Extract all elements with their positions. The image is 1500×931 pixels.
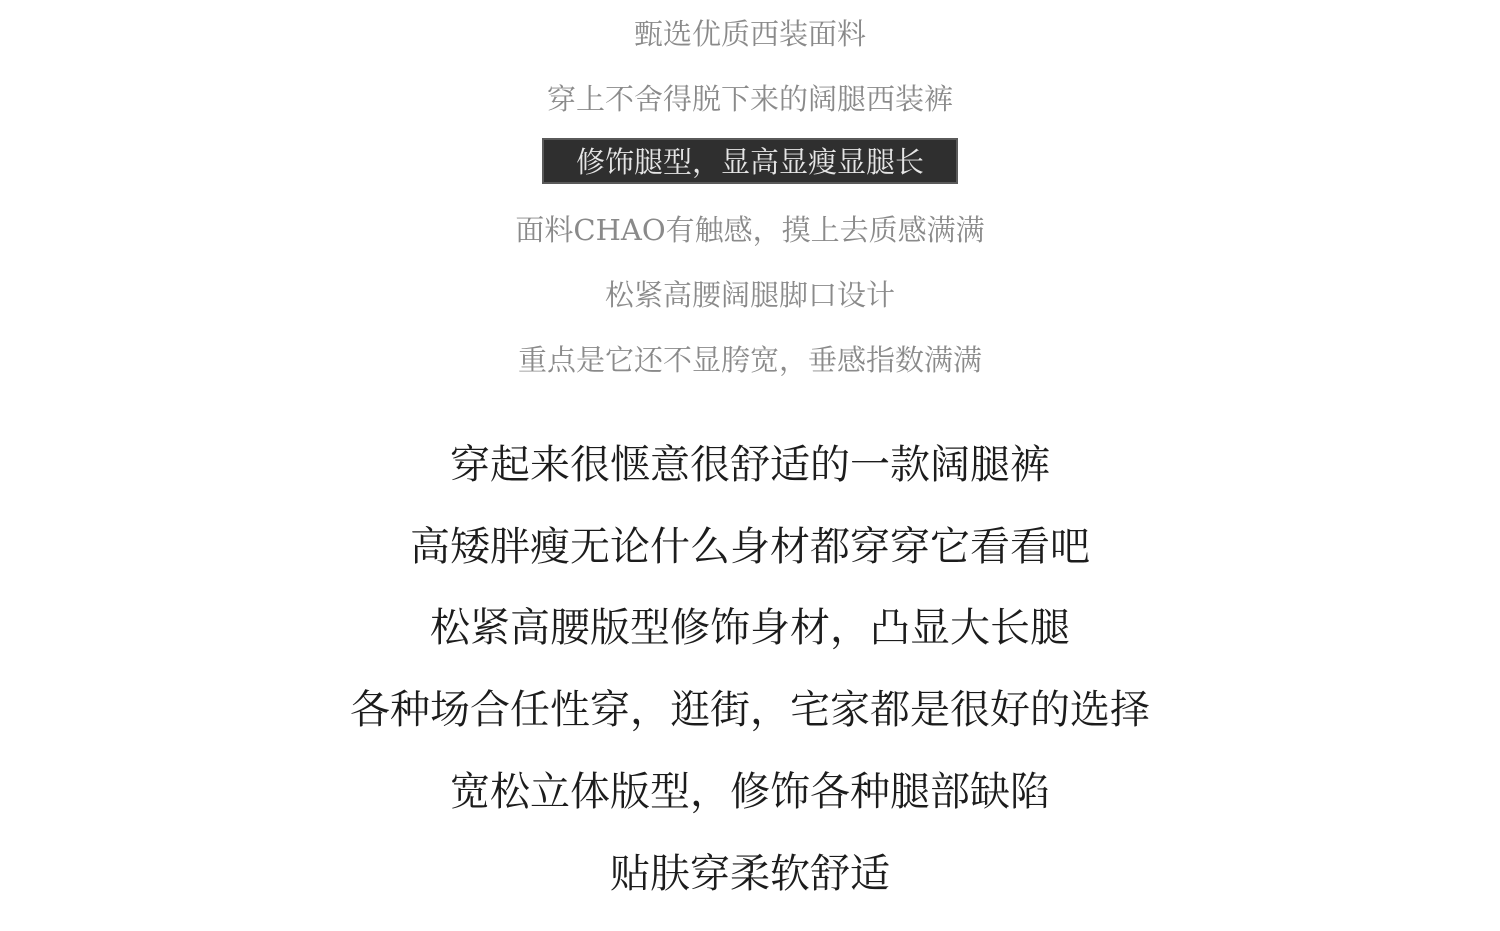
header-line-waist-design: 松紧高腰阔腿脚口设计 — [0, 275, 1500, 315]
highlight-text: 修饰腿型，显高显瘦显腿长 — [542, 138, 958, 184]
header-line-fabric: 甄选优质西装面料 — [0, 14, 1500, 54]
body-line-high-waist: 松紧高腰版型修饰身材，凸显大长腿 — [0, 603, 1500, 653]
body-line-soft-touch: 贴肤穿柔软舒适 — [0, 849, 1500, 899]
body-line-comfort: 穿起来很惬意很舒适的一款阔腿裤 — [0, 440, 1500, 490]
header-line-texture: 面料CHAO有触感，摸上去质感满满 — [0, 210, 1500, 250]
body-line-loose-fit: 宽松立体版型，修饰各种腿部缺陷 — [0, 767, 1500, 817]
body-line-all-body-types: 高矮胖瘦无论什么身材都穿穿它看看吧 — [0, 522, 1500, 572]
highlight-banner: 修饰腿型，显高显瘦显腿长 — [0, 138, 1500, 184]
body-line-occasions: 各种场合任性穿，逛街，宅家都是很好的选择 — [0, 685, 1500, 735]
header-line-drape: 重点是它还不显胯宽，垂感指数满满 — [0, 340, 1500, 380]
header-line-wide-leg-suit-pants: 穿上不舍得脱下来的阔腿西装裤 — [0, 79, 1500, 119]
